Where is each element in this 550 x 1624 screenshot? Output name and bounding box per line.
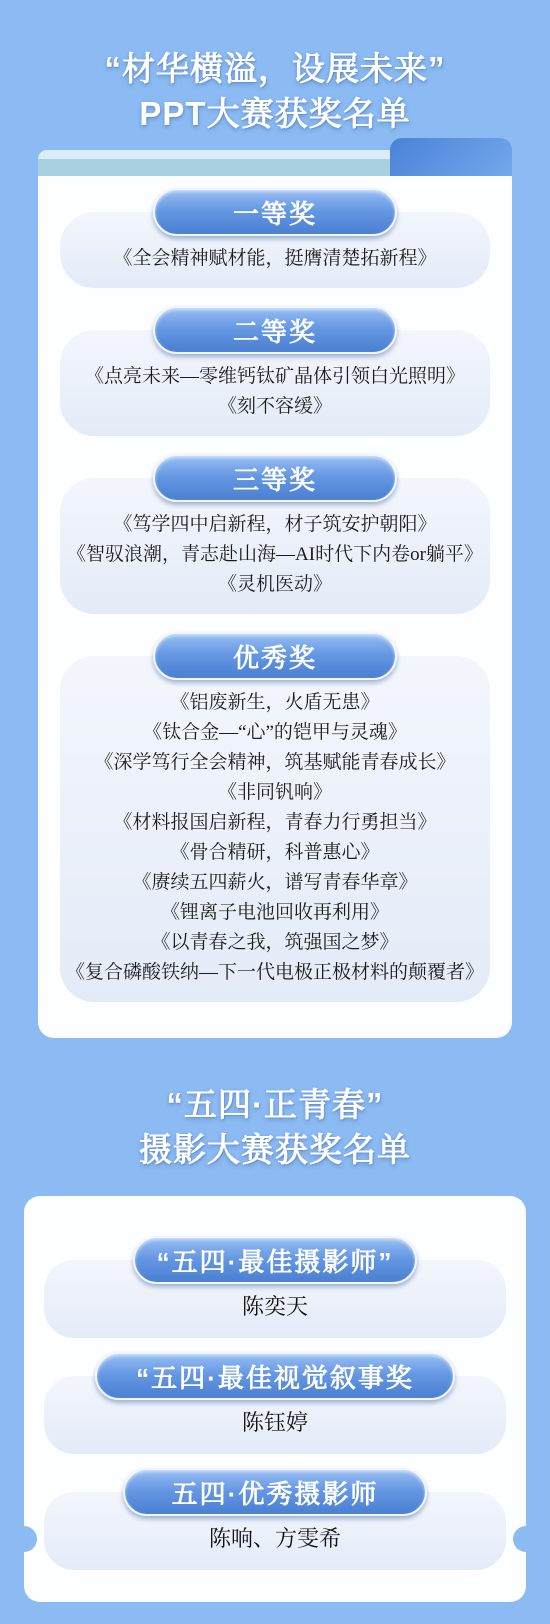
photo-contest-title-line1: “五四·正青春”	[0, 1082, 550, 1127]
winner-name: 陈钰婷	[52, 1410, 498, 1436]
ppt-contest-title-line1: “材华横溢，设展未来”	[0, 46, 550, 91]
award-group-excellent-photographer: 五四·优秀摄影师 陈响、方雯希	[44, 1468, 506, 1570]
award-entry: 《锂离子电池回收再利用》	[64, 898, 486, 928]
award-entry: 《非同钒响》	[64, 778, 486, 808]
award-group-first-prize: 一等奖 《全会精神赋材能，挺膺清楚拓新程》	[60, 188, 490, 288]
award-entry: 《点亮未来—零维钙钛矿晶体引领白光照明》	[64, 362, 486, 392]
photo-contest-title-line2: 摄影大赛获奖名单	[0, 1127, 550, 1172]
award-entry: 《材料报国启新程，青春力行勇担当》	[64, 808, 486, 838]
ppt-contest-title-line2: PPT大赛获奖名单	[0, 91, 550, 136]
photo-award-card: “五四·最佳摄影师” 陈奕天 “五四·最佳视觉叙事奖 陈钰婷 五四·优秀摄影师 …	[24, 1196, 526, 1602]
award-entry: 《智驭浪潮，青志赴山海—AI时代下内卷or躺平》	[64, 540, 486, 570]
best-visual-narrative-badge: “五四·最佳视觉叙事奖	[95, 1352, 455, 1400]
excellence-prize-badge: 优秀奖	[153, 632, 397, 680]
best-photographer-badge: “五四·最佳摄影师”	[133, 1236, 417, 1284]
award-entry: 《铝废新生，火盾无患》	[64, 688, 486, 718]
third-prize-badge: 三等奖	[153, 454, 397, 502]
award-entry: 《以青春之我，筑强国之梦》	[64, 928, 486, 958]
award-entry: 《笃学四中启新程，材子筑安护朝阳》	[64, 510, 486, 540]
award-group-second-prize: 二等奖 《点亮未来—零维钙钛矿晶体引领白光照明》 《刻不容缓》	[60, 306, 490, 436]
excellence-prize-entries: 《铝废新生，火盾无患》 《钛合金—“心”的铠甲与灵魂》 《深学笃行全会精神，筑基…	[60, 656, 490, 1002]
ppt-award-card: 一等奖 《全会精神赋材能，挺膺清楚拓新程》 二等奖 《点亮未来—零维钙钛矿晶体引…	[38, 150, 512, 1038]
second-prize-badge: 二等奖	[153, 306, 397, 354]
award-entry: 《复合磷酸铁纳—下一代电极正极材料的颠覆者》	[64, 958, 486, 988]
ticket-notch-right	[513, 1526, 539, 1552]
award-entry: 《全会精神赋材能，挺膺清楚拓新程》	[64, 244, 486, 274]
award-entry: 《赓续五四薪火，谱写青春华章》	[64, 868, 486, 898]
ppt-award-card-body: 一等奖 《全会精神赋材能，挺膺清楚拓新程》 二等奖 《点亮未来—零维钙钛矿晶体引…	[38, 176, 512, 1038]
award-group-best-visual-narrative: “五四·最佳视觉叙事奖 陈钰婷	[44, 1352, 506, 1454]
ticket-notch-left	[11, 1526, 37, 1552]
card-corner-tab	[390, 138, 512, 178]
award-group-excellence-prize: 优秀奖 《铝废新生，火盾无患》 《钛合金—“心”的铠甲与灵魂》 《深学笃行全会精…	[60, 632, 490, 1002]
award-entry: 《深学笃行全会精神，筑基赋能青春成长》	[64, 748, 486, 778]
first-prize-badge: 一等奖	[153, 188, 397, 236]
winner-name: 陈响、方雯希	[52, 1526, 498, 1552]
award-group-third-prize: 三等奖 《笃学四中启新程，材子筑安护朝阳》 《智驭浪潮，青志赴山海—AI时代下内…	[60, 454, 490, 614]
award-entry: 《骨合精研，科普惠心》	[64, 838, 486, 868]
photo-contest-title: “五四·正青春” 摄影大赛获奖名单	[0, 1038, 550, 1172]
award-entry: 《钛合金—“心”的铠甲与灵魂》	[64, 718, 486, 748]
ppt-contest-title: “材华横溢，设展未来” PPT大赛获奖名单	[0, 0, 550, 136]
excellent-photographer-badge: 五四·优秀摄影师	[123, 1468, 427, 1516]
award-poster: { "colors": { "background": "#8cbbf3", "…	[0, 0, 550, 1624]
winner-name: 陈奕天	[52, 1294, 498, 1320]
award-group-best-photographer: “五四·最佳摄影师” 陈奕天	[44, 1236, 506, 1338]
award-entry: 《灵机医动》	[64, 570, 486, 600]
award-entry: 《刻不容缓》	[64, 392, 486, 422]
